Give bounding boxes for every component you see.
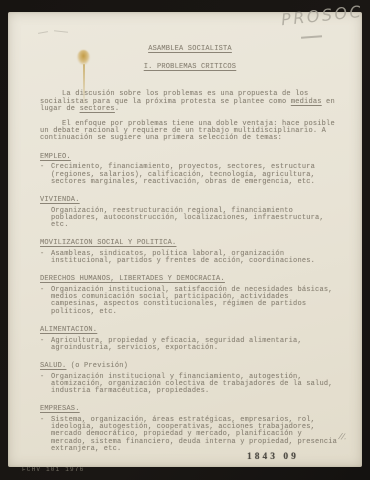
- section-body: -Crecimiento, financiamiento, proyectos,…: [40, 164, 340, 186]
- section-body: -Organización institucional, satisfacció…: [40, 287, 340, 316]
- paragraph-intro-end: .: [115, 105, 119, 113]
- section-vivienda: VIVIENDA. Organización, reestructuración…: [40, 197, 340, 229]
- section-heading: DERECHOS HUMANOS, LIBERTADES Y DEMOCRACI…: [40, 276, 340, 283]
- section-derechos-humanos: DERECHOS HUMANOS, LIBERTADES Y DEMOCRACI…: [40, 276, 340, 316]
- section-body: -Sistema, organización, áreas estratégic…: [40, 417, 340, 453]
- section-salud: SALUD. (o Previsión) -Organización insti…: [40, 363, 340, 395]
- paragraph-intro-text: La discusión sobre los problemas es una …: [40, 90, 308, 105]
- paper-sheet: ASAMBLEA SOCIALISTA I. PROBLEMAS CRITICO…: [8, 12, 362, 467]
- section-heading: ALIMENTACION.: [40, 327, 340, 334]
- section-empresas: EMPRESAS. -Sistema, organización, áreas …: [40, 406, 340, 453]
- handwritten-page-mark: //.: [338, 431, 347, 441]
- bullet-dash: -: [40, 374, 44, 381]
- document-title-line1: ASAMBLEA SOCIALISTA: [40, 46, 340, 53]
- paragraph-approach: El enfoque por problemas tiene una doble…: [40, 121, 340, 143]
- section-heading: EMPLEO.: [40, 154, 340, 161]
- section-body: Organización, reestructuración regional,…: [40, 208, 340, 230]
- archive-number-stamp: 1843 09: [247, 452, 299, 462]
- section-body: -Agricultura, propiedad y eficacia, segu…: [40, 338, 340, 352]
- section-movilizacion: MOVILIZACION SOCIAL Y POLITICA. -Asamble…: [40, 240, 340, 265]
- section-heading: VIVIENDA.: [40, 197, 340, 204]
- pencil-scribble: [38, 28, 72, 38]
- bullet-dash: -: [40, 287, 44, 294]
- section-empleo: EMPLEO. -Crecimiento, financiamiento, pr…: [40, 154, 340, 186]
- bullet-dash: -: [40, 338, 44, 345]
- section-alimentacion: ALIMENTACION. -Agricultura, propiedad y …: [40, 327, 340, 352]
- underlined-word-medidas: medidas: [291, 98, 322, 106]
- faint-reference-code: FCHV 101 1976: [22, 466, 84, 473]
- bullet-dash: -: [40, 417, 44, 424]
- section-heading: MOVILIZACION SOCIAL Y POLITICA.: [40, 240, 340, 247]
- section-heading: SALUD. (o Previsión): [40, 363, 340, 370]
- document-title-line2: I. PROBLEMAS CRITICOS: [40, 64, 340, 71]
- underlined-word-sectores: sectores: [80, 105, 115, 113]
- section-body: -Asambleas, sindicatos, política laboral…: [40, 251, 340, 265]
- section-heading: EMPRESAS.: [40, 406, 340, 413]
- section-body: -Organización institucional y financiami…: [40, 374, 340, 396]
- scanned-document: ASAMBLEA SOCIALISTA I. PROBLEMAS CRITICO…: [0, 0, 370, 480]
- typewritten-content: ASAMBLEA SOCIALISTA I. PROBLEMAS CRITICO…: [40, 46, 340, 453]
- bullet-dash: -: [40, 251, 44, 258]
- title-text: ASAMBLEA SOCIALISTA: [148, 45, 232, 53]
- bullet-dash: -: [40, 164, 44, 171]
- subtitle-text: I. PROBLEMAS CRITICOS: [144, 63, 236, 71]
- paragraph-intro: La discusión sobre los problemas es una …: [40, 91, 340, 113]
